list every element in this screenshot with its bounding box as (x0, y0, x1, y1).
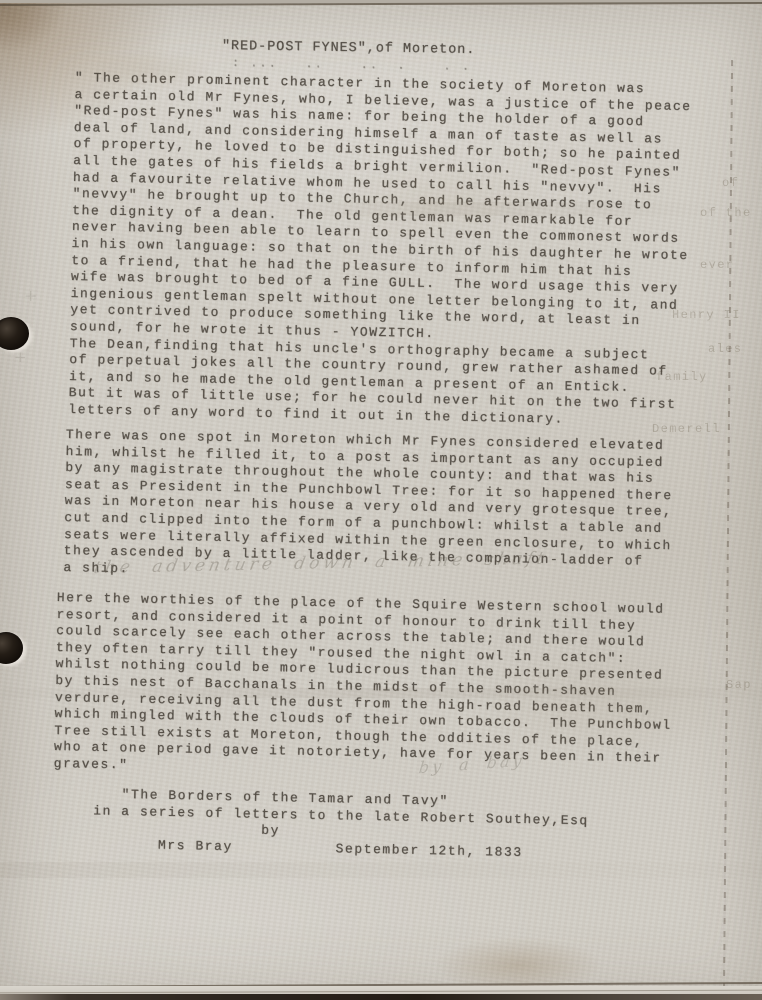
title-underline-marks: : ... .. .. . . . (232, 55, 471, 75)
page-top-edge (0, 0, 762, 3)
document-photo: of of the ever Henry II ales family Deme… (0, 0, 762, 1000)
hole-punch-bottom (0, 632, 23, 664)
page-top-edge-line (0, 2, 762, 6)
ghost-bleedthrough-text: ever (700, 258, 734, 272)
ghost-bleedthrough-text: Sap (726, 678, 752, 692)
hole-punch-top (0, 317, 29, 350)
ghost-bleedthrough-text: ales (708, 342, 742, 356)
page-fold-crease (723, 60, 733, 1000)
bottom-shadow-strip (0, 994, 762, 1000)
underlying-page-edge-line (0, 990, 762, 994)
typed-paragraph-2: There was one spot in Moreton which Mr F… (63, 427, 673, 587)
underlying-page-strip (0, 986, 762, 994)
ghost-bleedthrough-text: of (722, 176, 739, 190)
pencil-margin-mark: + (24, 286, 37, 305)
page-bottom-edge-line (0, 982, 762, 988)
pencil-margin-mark: + (14, 348, 27, 366)
paper-streak (0, 862, 762, 878)
typed-paragraph-1: " The other prominent character in the s… (68, 70, 692, 430)
typed-paragraph-3: Here the worthies of the place of the Sq… (53, 590, 674, 784)
ghost-bleedthrough-text: of the (700, 206, 752, 220)
attribution-block: "The Borders of the Tamar and Tavy" in a… (74, 786, 590, 863)
